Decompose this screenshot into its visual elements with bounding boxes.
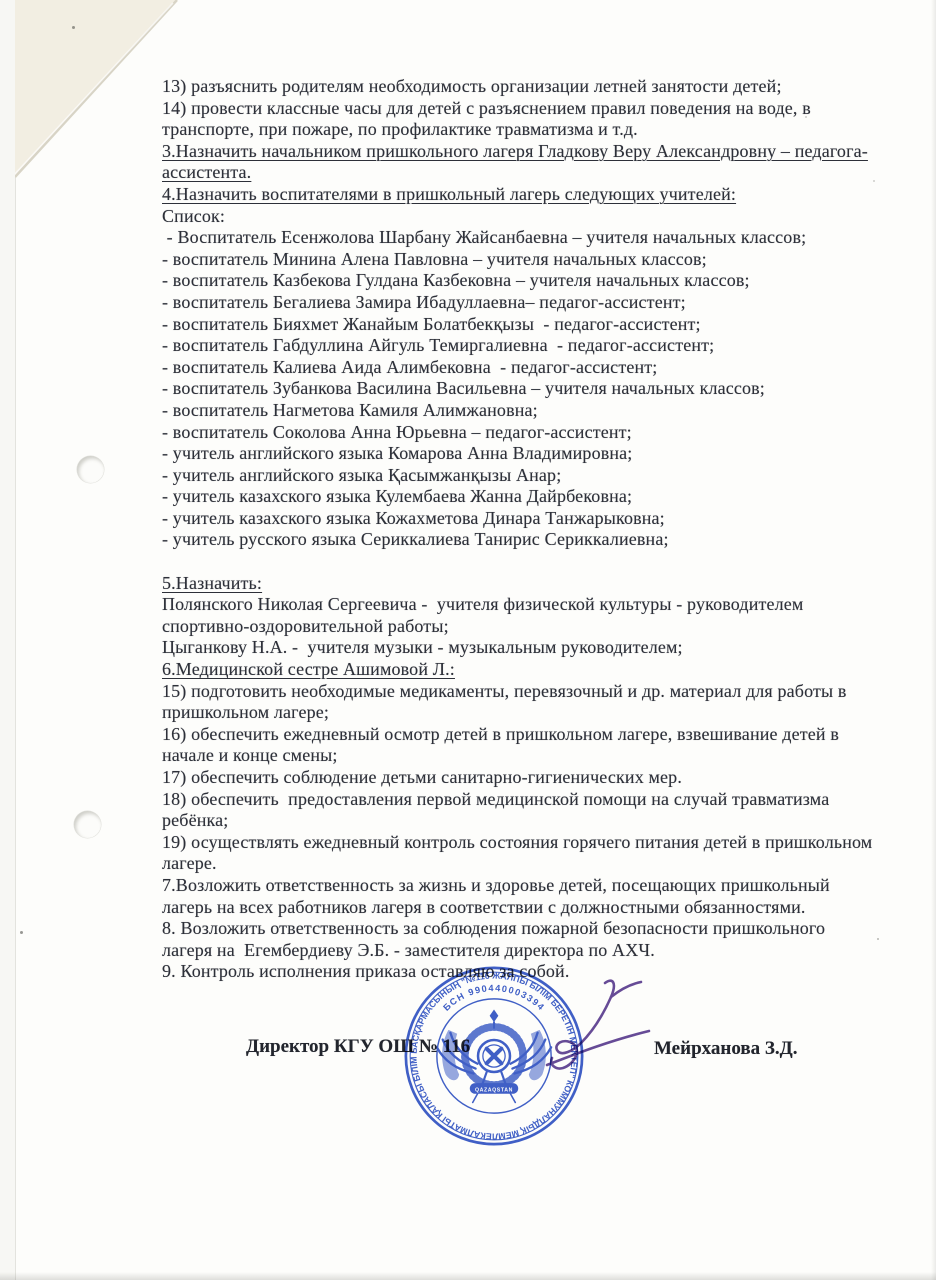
hole-punch [77,456,104,483]
document-line: 4.Назначить воспитателями в пришкольный … [162,184,878,206]
document-line: 14) провести классные часы для детей с р… [162,98,878,141]
document-line [162,551,878,573]
corner-fold [15,0,185,185]
document-line: - воспитатель Габдуллина Айгуль Темиргал… [162,335,878,357]
document-line: 8. Возложить ответственность за соблюден… [162,918,878,961]
document-line: 6.Медицинской сестре Ашимовой Л.: [162,659,878,681]
hole-punch [74,811,101,838]
document-line: 5.Назначить: [162,573,878,595]
scan-edge-right [931,0,936,1280]
scan-speck [20,931,23,934]
document-text: 13) разъяснить родителям необходимость о… [162,76,878,983]
stamp-banner-text: QAZAQSTAN [475,1087,513,1093]
document-line: 19) осуществлять ежедневный контроль сос… [162,832,878,875]
document-line: Список: [162,206,878,228]
scanner-edge-strip [0,0,16,1280]
document-line: - учитель английского языка Қасымжанқызы… [162,465,878,487]
document-line: - воспитатель Бияхмет Жанайым Болатбекқы… [162,314,878,336]
document-line: 17) обеспечить соблюдение детьми санитар… [162,767,878,789]
document-line: - воспитатель Нагметова Камиля Алимжанов… [162,400,878,422]
document-line: - учитель казахского языка Кожахметова Д… [162,508,878,530]
document-line: - воспитатель Бегалиева Замира Ибадуллае… [162,292,878,314]
document-line: 18) обеспечить предоставления первой мед… [162,789,878,832]
document-line: - воспитатель Соколова Анна Юрьевна – пе… [162,422,878,444]
document-line: - воспитатель Зубанкова Василина Василье… [162,378,878,400]
document-line: Цыганкову Н.А. - учителя музыки - музыка… [162,637,878,659]
director-name: Мейрханова З.Д. [654,1038,797,1060]
document-line: 3.Назначить начальником пришкольного лаг… [162,141,878,184]
document-line: 13) разъяснить родителям необходимость о… [162,76,878,98]
document-line: - воспитатель Калиева Аида Алимбековна -… [162,357,878,379]
document-line: - учитель казахского языка Кулембаева Жа… [162,486,878,508]
scan-speck [72,26,75,29]
document-line: Полянского Николая Сергеевича - учителя … [162,594,878,637]
document-line: - Воспитатель Есенжолова Шарбану Жайсанб… [162,227,878,249]
handwritten-signature [533,975,658,1080]
document-line: - воспитатель Минина Алена Павловна – уч… [162,249,878,271]
document-line: - учитель английского языка Комарова Анн… [162,443,878,465]
document-line: 15) подготовить необходимые медикаменты,… [162,681,878,724]
document-line: - воспитатель Казбекова Гулдана Казбеков… [162,270,878,292]
document-line: 7.Возложить ответственность за жизнь и з… [162,875,878,918]
scan-edge-bottom [0,1272,936,1280]
document-line: 16) обеспечить ежедневный осмотр детей в… [162,724,878,767]
document-line: - учитель русского языка Сериккалиева Та… [162,529,878,551]
scanned-document-page: 13) разъяснить родителям необходимость о… [0,0,936,1280]
